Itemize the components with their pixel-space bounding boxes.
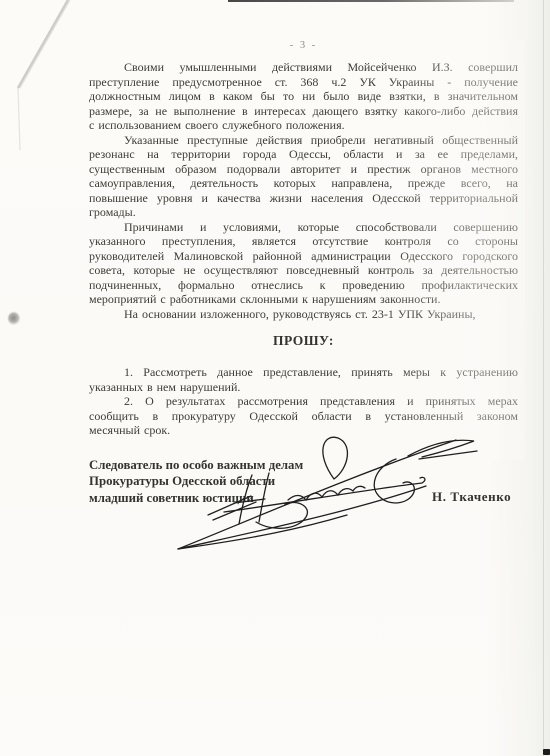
page-number: - 3 -: [89, 40, 518, 52]
text-line: Своими умышленными действиями Мойсейченк…: [89, 60, 518, 75]
text-line: указанных в нем нарушений.: [89, 380, 518, 395]
text-line: повышение уровня и качества жизни населе…: [89, 191, 518, 206]
text-line: 2. О результатах рассмотрения представле…: [89, 394, 518, 409]
text-line: должностным лицом в каком бы то ни было …: [89, 89, 518, 104]
scan-smudge-dot: [8, 312, 20, 325]
text-line: преступление предусмотренное ст. 368 ч.2…: [89, 75, 518, 90]
text-line: громады.: [89, 205, 518, 220]
text-line: совета, которые не осуществляют повседне…: [89, 263, 518, 278]
body-paragraph-3: Причинами и условиями, которые способств…: [89, 220, 518, 307]
request-heading: ПРОШУ:: [89, 333, 518, 349]
paper-edge-line: [543, 0, 544, 756]
text-line: подчиненных, формально отнеслись к прове…: [89, 278, 518, 293]
text-line: с использованием своего служебного полож…: [89, 118, 518, 133]
text-line: самоуправления, деятельность которых нап…: [89, 176, 518, 191]
body-paragraph-1: Своими умышленными действиями Мойсейченк…: [89, 60, 518, 133]
text-line: 1. Рассмотреть данное представление, при…: [89, 365, 518, 380]
scan-top-edge-mark: [228, 0, 514, 2]
text-line: резонанс на территории города Одессы, об…: [89, 147, 518, 162]
text-line: размере, за не выполнение в интересах да…: [89, 104, 518, 119]
text-line: На основании изложенного, руководствуясь…: [89, 307, 518, 322]
text-line: указанного преступления, является отсутс…: [89, 234, 518, 249]
text-line: руководителей Малиновской районной админ…: [89, 249, 518, 264]
body-paragraph-2: Указанные преступные действия приобрели …: [89, 133, 518, 220]
request-item-1: 1. Рассмотреть данное представление, при…: [89, 365, 518, 394]
text-line: мероприятий с работниками склонными к на…: [89, 292, 518, 307]
scanned-page: - 3 - Своими умышленными действиями Мойс…: [0, 0, 550, 756]
scan-corner-mark: [543, 749, 550, 755]
text-line: Причинами и условиями, которые способств…: [89, 220, 518, 235]
handwritten-signature: [138, 418, 483, 560]
closing-paragraph: На основании изложенного, руководствуясь…: [89, 307, 518, 322]
text-line: существенным образом подорвали авторитет…: [89, 162, 518, 177]
text-line: Указанные преступные действия приобрели …: [89, 133, 518, 148]
